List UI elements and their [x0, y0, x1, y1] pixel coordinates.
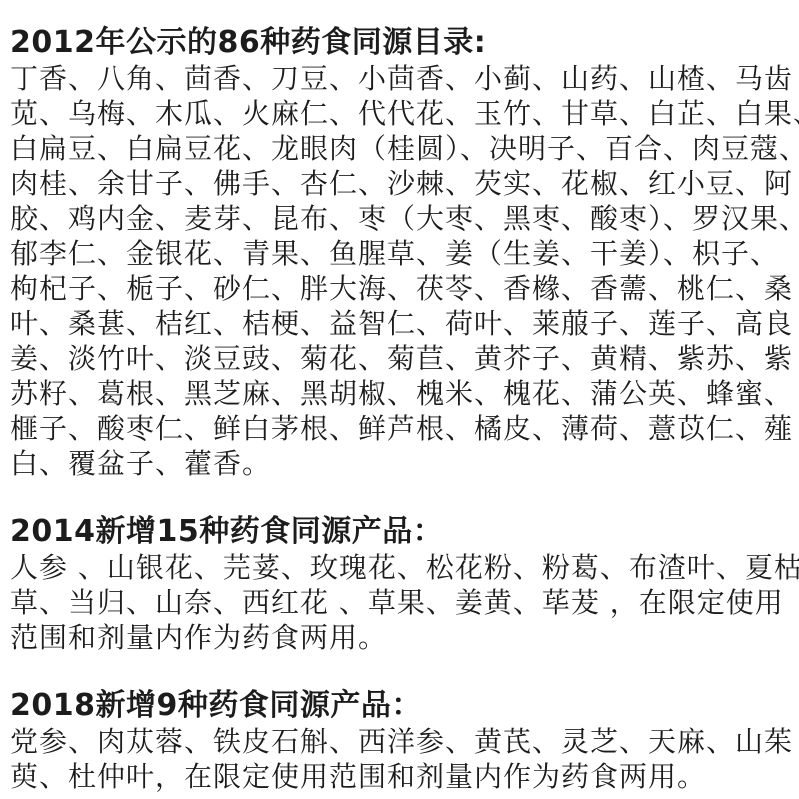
- section-body-2012: 丁香、八角、茴香、刀豆、小茴香、小蓟、山药、山楂、马齿苋、乌梅、木瓜、火麻仁、代…: [10, 61, 793, 481]
- section-body-2014: 人参 、山银花、芫荽、玫瑰花、松花粉、粉葛、布渣叶、夏枯草、当归、山奈、西红花 …: [10, 550, 793, 655]
- section-heading-2018: 2018新增9种药食同源产品：: [10, 687, 793, 724]
- section-heading-2012: 2012年公示的86种药食同源目录:: [10, 24, 793, 61]
- text-line: 苋、乌梅、木瓜、火麻仁、代代花、玉竹、甘草、白芷、白果、: [10, 96, 793, 131]
- text-line: 范围和剂量内作为药食两用。: [10, 620, 793, 655]
- section-added-2014: 2014新增15种药食同源产品： 人参 、山银花、芫荽、玫瑰花、松花粉、粉葛、布…: [10, 513, 793, 655]
- text-line: 丁香、八角、茴香、刀豆、小茴香、小蓟、山药、山楂、马齿: [10, 61, 793, 96]
- text-line: 党参、肉苁蓉、铁皮石斛、西洋参、黄芪、灵芝、天麻、山茱: [10, 724, 793, 759]
- text-line: 肉桂、余甘子、佛手、杏仁、沙棘、芡实、花椒、红小豆、阿: [10, 166, 793, 201]
- text-line: 白、覆盆子、藿香。: [10, 446, 793, 481]
- text-line: 郁李仁、金银花、青果、鱼腥草、姜（生姜、干姜）、枳子、: [10, 236, 793, 271]
- section-catalog-2012: 2012年公示的86种药食同源目录: 丁香、八角、茴香、刀豆、小茴香、小蓟、山药…: [10, 24, 793, 481]
- text-line: 胶、鸡内金、麦芽、昆布、枣（大枣、黑枣、酸枣）、罗汉果、: [10, 201, 793, 236]
- text-line: 人参 、山银花、芫荽、玫瑰花、松花粉、粉葛、布渣叶、夏枯: [10, 550, 793, 585]
- text-line: 姜、淡竹叶、淡豆豉、菊花、菊苣、黄芥子、黄精、紫苏、紫: [10, 341, 793, 376]
- document-page: 2012年公示的86种药食同源目录: 丁香、八角、茴香、刀豆、小茴香、小蓟、山药…: [0, 0, 799, 799]
- text-line: 白扁豆、白扁豆花、龙眼肉（桂圆）、决明子、百合、肉豆蔻、: [10, 131, 793, 166]
- text-line: 萸、杜仲叶，在限定使用范围和剂量内作为药食两用。: [10, 759, 793, 794]
- text-line: 榧子、酸枣仁、鲜白茅根、鲜芦根、橘皮、薄荷、薏苡仁、薤: [10, 411, 793, 446]
- text-line: 苏籽、葛根、黑芝麻、黑胡椒、槐米、槐花、蒲公英、蜂蜜、: [10, 376, 793, 411]
- section-heading-2014: 2014新增15种药食同源产品：: [10, 513, 793, 550]
- text-line: 枸杞子、栀子、砂仁、胖大海、茯苓、香橼、香薷、桃仁、桑: [10, 271, 793, 306]
- section-added-2018: 2018新增9种药食同源产品： 党参、肉苁蓉、铁皮石斛、西洋参、黄芪、灵芝、天麻…: [10, 687, 793, 794]
- section-body-2018: 党参、肉苁蓉、铁皮石斛、西洋参、黄芪、灵芝、天麻、山茱萸、杜仲叶，在限定使用范围…: [10, 724, 793, 794]
- text-line: 叶、桑葚、桔红、桔梗、益智仁、荷叶、莱菔子、莲子、高良: [10, 306, 793, 341]
- text-line: 草、当归、山奈、西红花 、草果、姜黄、荜茇 ，在限定使用: [10, 585, 793, 620]
